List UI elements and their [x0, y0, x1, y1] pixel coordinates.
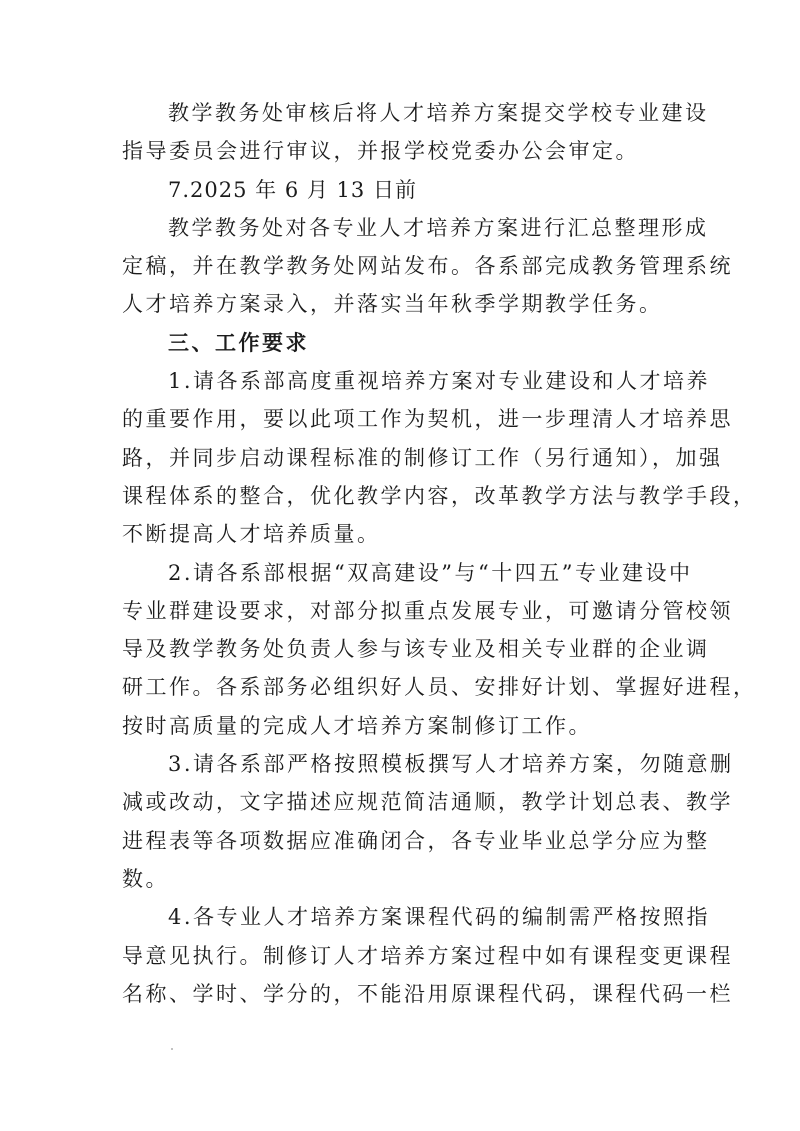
- text-line: 2.请各系部根据“双高建设”与“十四五”专业建设中: [122, 554, 694, 592]
- text-line: 路，并同步启动课程标准的制修订工作（另行通知），加强: [122, 439, 694, 477]
- requirement-4: 4.各专业人才培养方案课程代码的编制需严格按照指 导意见执行。制修订人才培养方案…: [122, 898, 694, 1013]
- step-7-date: 7.2025 年 6 月 13 日前: [122, 171, 694, 209]
- text-line: 定稿，并在教学教务处网站发布。各系部完成教务管理系统: [122, 247, 694, 285]
- paragraph-finalization: 教学教务处对各专业人才培养方案进行汇总整理形成 定稿，并在教学教务处网站发布。各…: [122, 209, 694, 324]
- text-line: 专业群建设要求，对部分拟重点发展专业，可邀请分管校领: [122, 592, 694, 630]
- text-line: 教学教务处对各专业人才培养方案进行汇总整理形成: [122, 209, 694, 247]
- text-line: 研工作。各系部务必组织好人员、安排好计划、掌握好进程，: [122, 668, 694, 706]
- text-line: 教学教务处审核后将人才培养方案提交学校专业建设: [122, 94, 694, 132]
- text-line: 的重要作用，要以此项工作为契机，进一步理清人才培养思: [122, 400, 694, 438]
- document-page: 教学教务处审核后将人才培养方案提交学校专业建设 指导委员会进行审议，并报学校党委…: [0, 0, 800, 1131]
- text-line: 导及教学教务处负责人参与该专业及相关专业群的企业调: [122, 630, 694, 668]
- text-line: 1.请各系部高度重视培养方案对专业建设和人才培养: [122, 362, 694, 400]
- text-line: 不断提高人才培养质量。: [122, 515, 694, 553]
- section-heading-work-requirements: 三、工作要求: [122, 324, 694, 362]
- requirement-1: 1.请各系部高度重视培养方案对专业建设和人才培养 的重要作用，要以此项工作为契机…: [122, 362, 694, 553]
- document-body: 教学教务处审核后将人才培养方案提交学校专业建设 指导委员会进行审议，并报学校党委…: [122, 94, 694, 1013]
- text-line: 减或改动，文字描述应规范简洁通顺，教学计划总表、教学: [122, 783, 694, 821]
- paragraph-approval-process: 教学教务处审核后将人才培养方案提交学校专业建设 指导委员会进行审议，并报学校党委…: [122, 94, 694, 171]
- scan-speck: [171, 1048, 173, 1050]
- text-line: 7.2025 年 6 月 13 日前: [122, 171, 694, 209]
- text-line: 4.各专业人才培养方案课程代码的编制需严格按照指: [122, 898, 694, 936]
- text-line: 导意见执行。制修订人才培养方案过程中如有课程变更课程: [122, 937, 694, 975]
- text-line: 指导委员会进行审议，并报学校党委办公会审定。: [122, 132, 694, 170]
- text-line: 人才培养方案录入，并落实当年秋季学期教学任务。: [122, 285, 694, 323]
- requirement-3: 3.请各系部严格按照模板撰写人才培养方案，勿随意删 减或改动，文字描述应规范简洁…: [122, 745, 694, 898]
- requirement-2: 2.请各系部根据“双高建设”与“十四五”专业建设中 专业群建设要求，对部分拟重点…: [122, 554, 694, 745]
- text-line: 按时高质量的完成人才培养方案制修订工作。: [122, 707, 694, 745]
- text-line: 课程体系的整合，优化教学内容，改革教学方法与教学手段，: [122, 477, 694, 515]
- text-line: 3.请各系部严格按照模板撰写人才培养方案，勿随意删: [122, 745, 694, 783]
- text-line: 进程表等各项数据应准确闭合，各专业毕业总学分应为整: [122, 822, 694, 860]
- text-line: 名称、学时、学分的，不能沿用原课程代码，课程代码一栏: [122, 975, 694, 1013]
- text-line: 数。: [122, 860, 694, 898]
- heading-text: 三、工作要求: [122, 324, 694, 362]
